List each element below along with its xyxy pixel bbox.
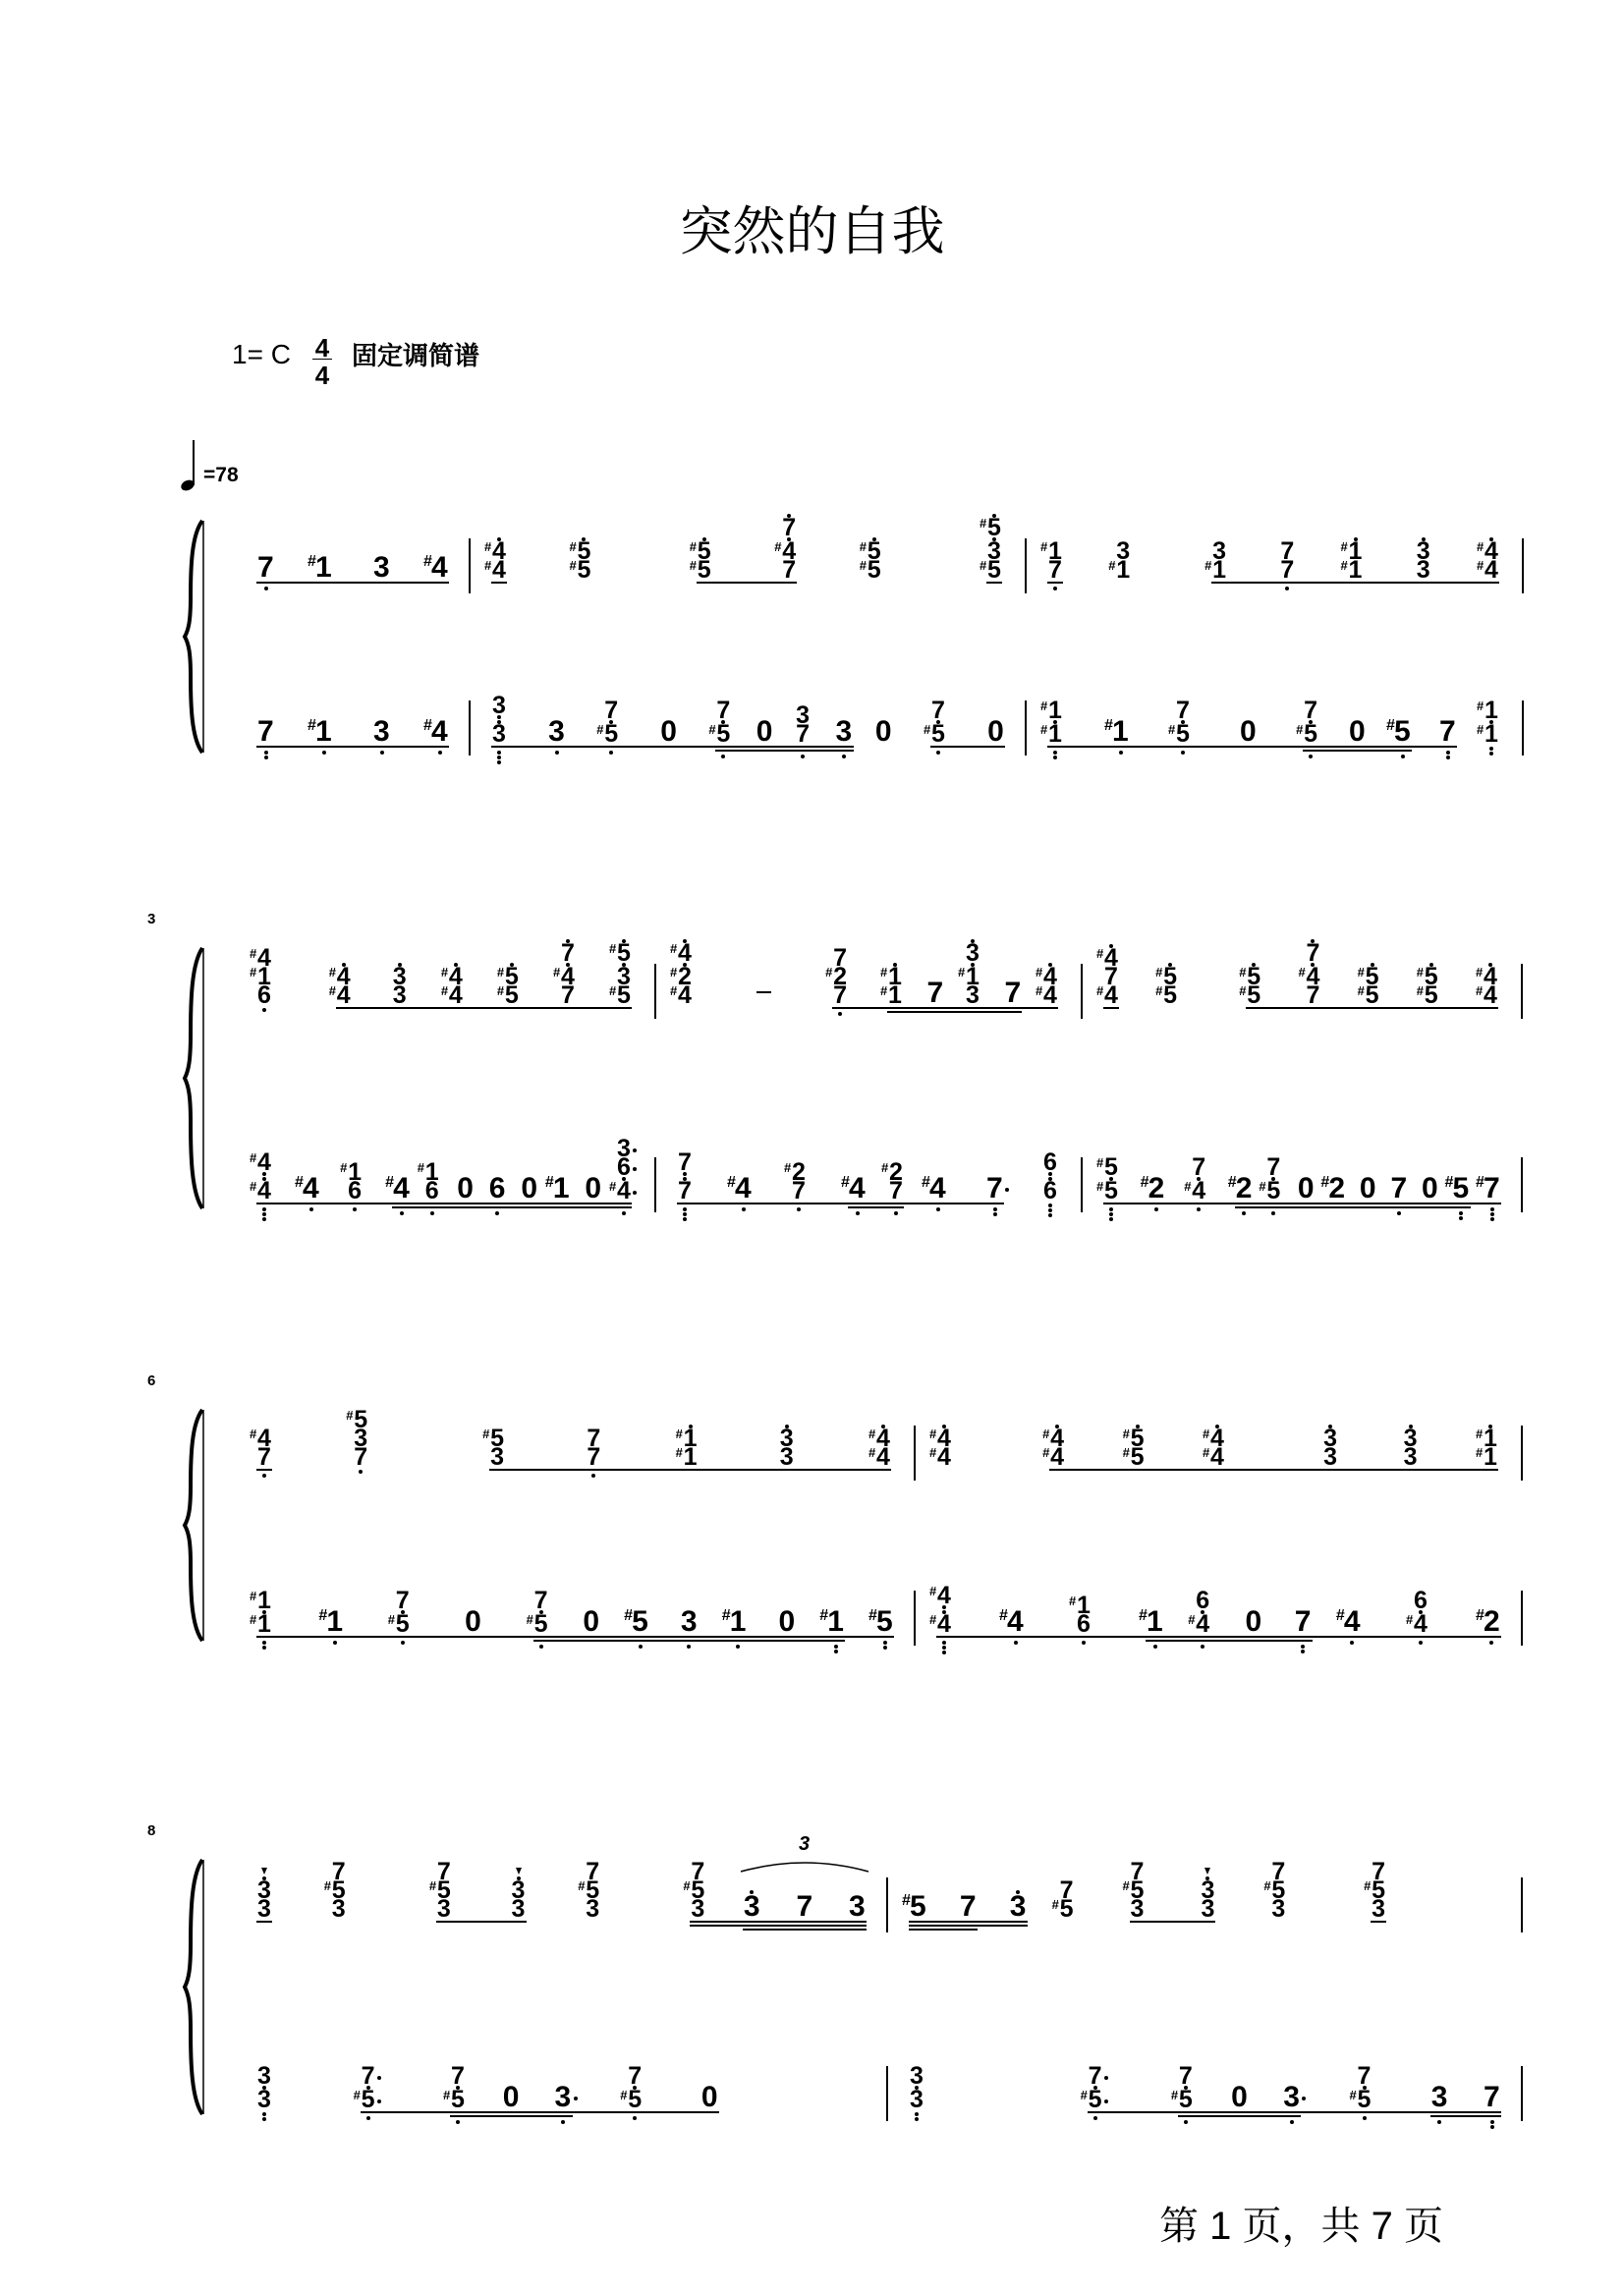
- note-digit: 1: [1048, 725, 1062, 744]
- underline: [1279, 582, 1348, 584]
- underline: [729, 1640, 779, 1642]
- underline: [314, 746, 373, 748]
- underline: [502, 2115, 555, 2117]
- rest: 0: [465, 1610, 481, 1634]
- note-stack: 75#3: [437, 1863, 451, 1919]
- octave-dot-below: [1153, 1645, 1157, 1649]
- octave-dot-above: [510, 963, 514, 967]
- note-digit: 3: [373, 720, 390, 744]
- note-digit: 4: [1344, 1610, 1361, 1634]
- note-digit: 4: [937, 1615, 951, 1634]
- underline: [582, 1640, 632, 1642]
- treble-barline: [1521, 964, 1523, 1019]
- note-digit: 7: [926, 981, 943, 1005]
- underline: [795, 750, 835, 752]
- note-group: 7: [1484, 1962, 1513, 2109]
- underline: [336, 1007, 393, 1009]
- bass-barline: [1025, 700, 1027, 756]
- note-stack: 75#3: [691, 1863, 704, 1919]
- augmentation-dot: [1104, 2099, 1108, 2103]
- octave-dot-above: [566, 963, 570, 967]
- note-stack: 4#4#: [1043, 963, 1057, 1005]
- sharp-icon: #: [676, 1427, 683, 1440]
- note-stack: 74#7: [561, 939, 575, 1005]
- bass-barline: [469, 700, 471, 756]
- note-stack: 2#: [1148, 1177, 1165, 1201]
- underline: [554, 2115, 573, 2117]
- note: 2#: [1236, 1177, 1253, 1201]
- augmentation-dot: [377, 2076, 381, 2080]
- underline: [1235, 1203, 1267, 1204]
- note-stack: 1#1#: [1484, 701, 1498, 744]
- underline: [1483, 2115, 1501, 2117]
- sharp-icon: #: [443, 2089, 450, 2101]
- sharp-icon: #: [1204, 559, 1211, 572]
- note-stack: 75#3: [1271, 1863, 1285, 1919]
- note-stack: 4#4#: [492, 537, 506, 580]
- octave-dot-above: [622, 963, 626, 967]
- octave-dot-below: [591, 1474, 595, 1478]
- rest: 0: [701, 2086, 718, 2109]
- octave-dot-above: [1048, 1177, 1052, 1181]
- note-digit: 7: [889, 1182, 903, 1201]
- octave-dot-below: [721, 755, 725, 758]
- sharp-icon: #: [318, 1608, 327, 1624]
- note: 5#: [1394, 720, 1411, 744]
- note-stack: 1#1#: [1048, 701, 1062, 744]
- note: 3: [393, 986, 407, 1005]
- note-stack: 1#: [315, 720, 332, 744]
- note-group: 75#: [1089, 1962, 1179, 2109]
- octave-dot-above: [942, 1605, 946, 1609]
- underline: [697, 582, 782, 584]
- sharp-icon: #: [429, 1879, 436, 1892]
- note-digit: 5: [1163, 986, 1177, 1005]
- spacer: [1442, 1771, 1513, 1919]
- note: 3: [332, 1900, 346, 1919]
- treble-measure: 5#7375#75#33375#375#3: [910, 1771, 1513, 1919]
- octave-dot-below: [1490, 1212, 1494, 1216]
- note: 0: [1422, 1177, 1438, 1201]
- note-group: 31#: [1212, 432, 1280, 580]
- octave-dot-below: [639, 1645, 643, 1649]
- sharp-icon: #: [929, 1446, 936, 1459]
- note-stack: 7: [986, 1177, 1003, 1201]
- note-digit: 5: [632, 1610, 648, 1634]
- note-group: 5#35#: [617, 858, 646, 1005]
- sharp-icon: #: [1476, 1427, 1483, 1440]
- underline: [1421, 1203, 1453, 1204]
- treble-measure: 4#75#375#3771#1#334#4#: [257, 1319, 906, 1467]
- note-stack: 75#: [1179, 2067, 1193, 2109]
- octave-dot-above: [1215, 1425, 1219, 1428]
- note-stack: 4#4#: [1484, 537, 1498, 580]
- octave-dot-above: [539, 1610, 543, 1614]
- note-stack: 33: [1417, 537, 1430, 580]
- note: 3: [373, 556, 390, 580]
- note-stack: 77: [1280, 542, 1294, 580]
- note: 7#: [1484, 1177, 1500, 1201]
- sharp-icon: #: [670, 942, 677, 955]
- spacer: [1014, 1962, 1088, 2109]
- note-stack: 5#: [910, 1895, 926, 1919]
- note: 4#: [431, 556, 448, 580]
- note-digit: 7: [587, 1448, 600, 1467]
- note-stack: 2#: [1484, 1610, 1500, 1634]
- note: 3: [437, 1900, 451, 1919]
- treble-measure: 4#2#4#72#71#1#731#374#4#: [678, 858, 1073, 1005]
- note-digit: 5: [987, 519, 1001, 537]
- sharp-icon: #: [1417, 984, 1424, 997]
- note: 5#: [1163, 986, 1177, 1005]
- sharp-icon: #: [1406, 1613, 1413, 1626]
- underline: [502, 2111, 555, 2113]
- note: 5#: [1104, 1177, 1118, 1201]
- octave-dot-above: [881, 1425, 885, 1428]
- note-stack: 74#7: [1306, 939, 1319, 1005]
- octave-dot-above: [1136, 1425, 1140, 1428]
- underline: [875, 1469, 891, 1471]
- note-digit: 6: [489, 1177, 506, 1201]
- octave-dot-below: [856, 1211, 860, 1215]
- note-group: 0: [457, 1053, 489, 1201]
- note-group: 33: [910, 1962, 1014, 2109]
- underline: [781, 582, 797, 584]
- underline: [887, 1007, 927, 1009]
- octave-dot-above: [566, 939, 570, 943]
- sharp-icon: #: [1096, 947, 1103, 960]
- note-group: 6: [489, 1053, 522, 1201]
- sharp-icon: #: [1259, 1180, 1265, 1193]
- sharp-icon: #: [324, 1879, 331, 1892]
- octave-dot-below: [322, 751, 326, 755]
- note-group: 5#5#: [1163, 858, 1247, 1005]
- sharp-icon: #: [1096, 984, 1103, 997]
- note-digit: 6: [1196, 1592, 1209, 1610]
- grand-staff-brace: [183, 521, 206, 753]
- note-stack: 75#3: [586, 1863, 599, 1919]
- note-digit: 4: [1414, 1615, 1428, 1634]
- treble-barline: [1521, 1877, 1523, 1932]
- octave-dot-above: [622, 939, 626, 943]
- note-digit: 5: [604, 725, 618, 744]
- note: 1#: [888, 986, 902, 1005]
- note-digit: 4: [1050, 1448, 1064, 1467]
- note-digit: 4: [393, 1177, 410, 1201]
- note-stack: 75#: [362, 2067, 375, 2109]
- song-title: 突然的自我: [0, 199, 1624, 264]
- bass-barline: [886, 2066, 888, 2121]
- note-stack: 77: [587, 1429, 600, 1467]
- note-stack: 4#: [393, 1177, 410, 1201]
- note: 6: [425, 1182, 439, 1201]
- underline: [680, 1640, 730, 1642]
- note-digit: 7: [451, 2067, 465, 2086]
- note-stack: 5#5#: [1366, 963, 1379, 1005]
- note: 4#: [678, 939, 692, 963]
- note: 4#: [1007, 1610, 1024, 1634]
- note-stack: 75#3: [332, 1863, 346, 1919]
- octave-dot-below: [1119, 751, 1123, 755]
- note-digit: 5: [617, 986, 631, 1005]
- sharp-icon: #: [1228, 1175, 1237, 1191]
- note-digit: 4: [303, 1177, 319, 1201]
- sharp-icon: #: [385, 1175, 394, 1191]
- note-stack: 75#3: [1131, 1863, 1145, 1919]
- note-stack: 1#1#: [888, 963, 902, 1005]
- note-stack: 1#: [827, 1610, 844, 1634]
- note-stack: 75#: [451, 2067, 465, 2109]
- sharp-icon: #: [1069, 1595, 1076, 1607]
- note: 7: [1358, 2067, 1372, 2086]
- octave-dot-below: [1053, 756, 1057, 759]
- octave-dot-below: [1048, 1203, 1052, 1207]
- underline: [936, 1636, 1007, 1638]
- octave-dot-below: [838, 1012, 842, 1016]
- note: 5#: [716, 720, 730, 744]
- note-stack: 0: [1349, 720, 1366, 744]
- underline: [1103, 1007, 1119, 1009]
- octave-dot-below: [1490, 1207, 1494, 1211]
- underline: [256, 1203, 303, 1204]
- note-digit: 7: [257, 1448, 271, 1467]
- underline: [586, 1469, 683, 1471]
- note: 3: [555, 2086, 572, 2109]
- octave-dot-below: [495, 1211, 499, 1215]
- underline: [1200, 1921, 1215, 1923]
- augmentation-dot: [633, 1167, 637, 1171]
- note-group: 4#4#: [1050, 1319, 1130, 1467]
- octave-dot-below: [555, 751, 559, 755]
- note-group: 75#3: [1372, 1771, 1442, 1919]
- treble-barline: [1025, 538, 1027, 593]
- note-digit: 5: [1089, 2091, 1102, 2109]
- treble-measure: 4#74#5#5#5#5#74#75#5#5#5#4#4#: [1104, 858, 1513, 1005]
- underline: [1042, 1007, 1058, 1009]
- note: 7: [396, 1592, 410, 1610]
- octave-dot-below: [1301, 1645, 1305, 1649]
- underline: [256, 582, 315, 584]
- note-group: 33: [512, 1771, 587, 1919]
- note-digit: 7: [1192, 1158, 1205, 1177]
- note-stack: 6: [489, 1177, 506, 1201]
- octave-dot-below: [1197, 1207, 1201, 1211]
- octave-dot-below: [742, 1207, 746, 1211]
- sharp-icon: #: [683, 1879, 690, 1892]
- octave-dot-above: [1489, 537, 1493, 541]
- sharp-icon: #: [1476, 966, 1483, 979]
- note-digit: 7: [257, 556, 274, 580]
- note-digit: 3: [1323, 1448, 1337, 1467]
- underline: [1438, 746, 1457, 748]
- note-group: 7: [986, 1053, 1043, 1201]
- note-stack: 3: [849, 1895, 866, 1919]
- note-digit: 3: [1372, 1900, 1385, 1919]
- sharp-icon: #: [1350, 2089, 1357, 2101]
- note: 4#: [492, 561, 506, 580]
- octave-dot-below: [1490, 2125, 1494, 2129]
- note-stack: 5#5#: [1425, 963, 1438, 1005]
- bass-measure: 1#1#1#75#075#05#71#1#: [1048, 596, 1514, 744]
- octave-dot-above: [936, 720, 940, 724]
- underline: [1294, 1636, 1344, 1638]
- note-stack: 5#35#: [617, 939, 631, 1005]
- octave-dot-below: [942, 1651, 946, 1654]
- sharp-icon: #: [1036, 984, 1042, 997]
- note-digit: 7: [678, 1182, 692, 1201]
- underline: [690, 1925, 744, 1927]
- underline: [1343, 1636, 1414, 1638]
- underline: [1088, 2111, 1179, 2113]
- note-group: 5#5#: [1425, 858, 1484, 1005]
- sharp-icon: #: [620, 2089, 627, 2101]
- octave-dot-below: [633, 2116, 637, 2120]
- note: 4#: [1050, 1448, 1064, 1467]
- bass-measure: 5#5#2#74#2#75#02#0705#7#: [1104, 1053, 1513, 1201]
- underline: [325, 1636, 395, 1638]
- underline: [659, 746, 716, 748]
- octave-dot-below: [1363, 2116, 1367, 2120]
- note-stack: 75#: [534, 1592, 548, 1634]
- underline: [424, 1203, 458, 1204]
- underline: [1006, 1636, 1077, 1638]
- octave-dot-below: [1350, 1641, 1354, 1645]
- note-group: 0: [1245, 1486, 1294, 1634]
- octave-dot-below: [262, 1646, 266, 1650]
- note-group: 75#3: [332, 1771, 437, 1919]
- sharp-icon: #: [722, 1608, 731, 1624]
- note-digit: 7: [534, 1592, 548, 1610]
- note: 1#: [1484, 701, 1498, 720]
- note-digit: 3: [257, 2091, 271, 2109]
- sharp-icon: #: [329, 966, 336, 979]
- note-digit: 4: [876, 1448, 890, 1467]
- note-stack: 77: [678, 1153, 692, 1201]
- note-digit: 7: [796, 725, 810, 744]
- underline: [959, 1925, 1010, 1927]
- note: 7: [628, 2067, 642, 2086]
- note-stack: 1#: [1147, 1610, 1163, 1634]
- note-group: 64#: [1196, 1486, 1245, 1634]
- note-digit: 5: [1060, 1900, 1074, 1919]
- note-stack: 4#: [303, 1177, 319, 1201]
- underline: [1235, 1206, 1267, 1208]
- note: 4#: [431, 720, 448, 744]
- note-stack: 75#: [604, 701, 618, 744]
- underline: [826, 1640, 845, 1642]
- note-group: 4#: [303, 1053, 348, 1201]
- sharp-icon: #: [527, 1613, 533, 1626]
- note-digit: 7: [362, 2067, 375, 2086]
- note-digit: 7: [1306, 944, 1319, 963]
- note-digit: 2: [1148, 1177, 1165, 1201]
- underline: [1393, 750, 1412, 752]
- note-digit: 4: [257, 1182, 271, 1201]
- note-digit: 3: [586, 1900, 599, 1919]
- underline: [1483, 1007, 1498, 1009]
- note-group: 4#7: [257, 1319, 354, 1467]
- underline: [965, 1011, 1005, 1013]
- octave-dot-below: [1446, 751, 1450, 755]
- note-digit: 7: [1048, 561, 1062, 580]
- note: 4#: [617, 1182, 631, 1201]
- note-stack: 7: [257, 720, 274, 744]
- underline: [1009, 1925, 1028, 1927]
- underline: [986, 582, 1002, 584]
- underline: [930, 746, 987, 748]
- note-digit: 3: [966, 944, 980, 963]
- notation-type-label: 固定调简谱: [352, 340, 479, 371]
- note-group: 0: [756, 596, 796, 744]
- octave-dot-above: [401, 1610, 405, 1614]
- note-digit: 7: [1358, 2067, 1372, 2086]
- underline: [1230, 2115, 1283, 2117]
- octave-dot-below: [993, 1212, 997, 1216]
- note: 5#: [628, 2086, 642, 2109]
- note: 7: [1048, 561, 1062, 580]
- treble-measure: 71#34#: [257, 432, 461, 580]
- sharp-icon: #: [708, 723, 715, 736]
- note: 7: [1304, 701, 1317, 720]
- treble-measure: 4#1#64#4#334#4#5#5#74#75#35#: [257, 858, 646, 1005]
- underline: [743, 1921, 797, 1923]
- note-digit: 1: [1484, 701, 1498, 720]
- note-group: 3: [836, 596, 875, 744]
- note: 5#: [451, 2086, 465, 2109]
- octave-dot-below: [736, 1645, 740, 1649]
- note-stack: 4#: [735, 1177, 752, 1201]
- note: 6: [348, 1182, 362, 1201]
- octave-dot-below: [1490, 1217, 1494, 1221]
- octave-dot-above: [262, 1876, 266, 1880]
- note: 5#: [1358, 2086, 1372, 2109]
- underline: [1483, 1203, 1501, 1204]
- underline: [1348, 582, 1417, 584]
- underline: [1357, 2111, 1431, 2113]
- note-digit: 4: [1007, 1610, 1024, 1634]
- note: 6: [1077, 1615, 1091, 1634]
- note: 7: [716, 701, 730, 720]
- note-stack: 7: [1439, 720, 1456, 744]
- note-digit: 6: [257, 986, 271, 1005]
- octave-dot-above: [971, 939, 975, 943]
- sharp-icon: #: [1476, 1446, 1483, 1459]
- note-stack: 4#4#: [449, 963, 463, 1005]
- sharp-icon: #: [308, 718, 316, 734]
- octave-dot-below: [609, 751, 613, 755]
- octave-dot-below: [1154, 1207, 1158, 1211]
- sharp-icon: #: [819, 1608, 828, 1624]
- underline: [848, 1925, 867, 1927]
- octave-dot-above: [702, 537, 706, 541]
- note: 5#: [698, 561, 711, 580]
- underline: [424, 1206, 458, 1208]
- note-stack: 0: [457, 1177, 474, 1201]
- octave-dot-below: [1489, 1641, 1493, 1645]
- underline: [256, 1636, 326, 1638]
- treble-measure: 1#731#31#771#1#334#4#: [1048, 432, 1514, 580]
- octave-dot-below: [842, 755, 846, 758]
- octave-dot-below: [683, 1207, 687, 1211]
- underline: [552, 1203, 586, 1204]
- underline: [756, 750, 796, 752]
- note-stack: 3: [548, 720, 565, 744]
- note-stack: 0: [987, 720, 1004, 744]
- note-group: 4#4#: [1210, 1319, 1323, 1467]
- note-group: 1#6: [1077, 1486, 1147, 1634]
- note-stack: 0: [701, 2086, 718, 2109]
- time-signature: 4 4: [309, 336, 335, 387]
